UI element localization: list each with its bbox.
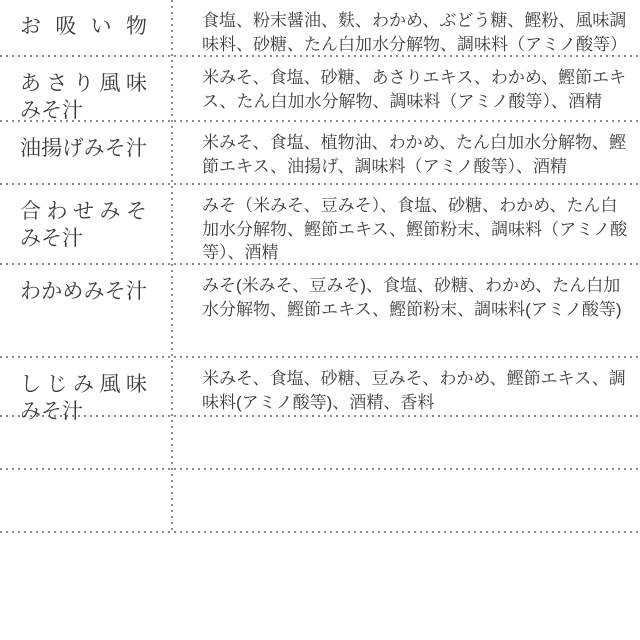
- product-ingredients-table: お吸い物食塩、粉末醤油、麩、わかめ、ぶどう糖、鰹粉、風味調味料、砂糖、たん白加水…: [0, 0, 640, 533]
- table-row: あさり風味みそ汁米みそ、食塩、砂糖、あさりエキス、わかめ、鰹節エキス、たん白加水…: [0, 57, 640, 120]
- table-row: 油揚げみそ汁米みそ、食塩、植物油、わかめ、たん白加水分解物、鰹節エキス、油揚げ、…: [0, 122, 640, 183]
- table-row: 合わせみそみそ汁みそ（米みそ、豆みそ）、食塩、砂糖、わかめ、たん白加水分解物、鰹…: [0, 185, 640, 263]
- ingredients-cell: みそ（米みそ、豆みそ）、食塩、砂糖、わかめ、たん白加水分解物、鰹節エキス、鰹節粉…: [172, 185, 640, 265]
- product-name-line: お吸い物: [20, 13, 147, 40]
- table-row: わかめみそ汁みそ(米みそ、豆みそ)、食塩、砂糖、わかめ、たん白加水分解物、鰹節エ…: [0, 265, 640, 356]
- table-row: [0, 417, 640, 468]
- product-name-line: しじみ風味: [20, 371, 147, 398]
- product-name-cell: [0, 417, 172, 430]
- table-row: [0, 470, 640, 531]
- product-name: お吸い物: [20, 13, 147, 40]
- table-row: お吸い物食塩、粉末醤油、麩、わかめ、ぶどう糖、鰹粉、風味調味料、砂糖、たん白加水…: [0, 0, 640, 55]
- product-name-cell: しじみ風味みそ汁: [0, 358, 172, 425]
- ingredients-cell: 米みそ、食塩、砂糖、豆みそ、わかめ、鰹節エキス、調味料(アミノ酸等)、酒精、香料: [172, 358, 640, 414]
- product-name-line: みそ汁: [20, 97, 147, 124]
- product-name-cell: あさり風味みそ汁: [0, 57, 172, 124]
- column-divider: [171, 0, 173, 533]
- product-name: 油揚げみそ汁: [20, 135, 147, 162]
- product-name-cell: わかめみそ汁: [0, 265, 172, 305]
- table-rows: お吸い物食塩、粉末醤油、麩、わかめ、ぶどう糖、鰹粉、風味調味料、砂糖、たん白加水…: [0, 0, 640, 533]
- ingredients-cell: [172, 417, 640, 426]
- product-name-cell: 合わせみそみそ汁: [0, 185, 172, 252]
- product-name-cell: [0, 470, 172, 483]
- product-name: あさり風味みそ汁: [20, 70, 147, 124]
- product-name-line: あさり風味: [20, 70, 147, 97]
- product-name-line: 合わせみそ: [20, 198, 147, 225]
- row-divider: [0, 531, 640, 533]
- ingredients-cell: みそ(米みそ、豆みそ)、食塩、砂糖、わかめ、たん白加水分解物、鰹節エキス、鰹節粉…: [172, 265, 640, 321]
- ingredients-cell: 食塩、粉末醤油、麩、わかめ、ぶどう糖、鰹粉、風味調味料、砂糖、たん白加水分解物、…: [172, 0, 640, 56]
- ingredients-cell: 米みそ、食塩、砂糖、あさりエキス、わかめ、鰹節エキス、たん白加水分解物、調味料（…: [172, 57, 640, 113]
- product-name-cell: お吸い物: [0, 0, 172, 40]
- product-name-line: 油揚げみそ汁: [20, 135, 147, 162]
- table-row: しじみ風味みそ汁米みそ、食塩、砂糖、豆みそ、わかめ、鰹節エキス、調味料(アミノ酸…: [0, 358, 640, 415]
- ingredients-cell: [172, 470, 640, 479]
- ingredients-page: お吸い物食塩、粉末醤油、麩、わかめ、ぶどう糖、鰹粉、風味調味料、砂糖、たん白加水…: [0, 0, 640, 640]
- ingredients-cell: 米みそ、食塩、植物油、わかめ、たん白加水分解物、鰹節エキス、油揚げ、調味料（アミ…: [172, 122, 640, 178]
- product-name: わかめみそ汁: [20, 278, 147, 305]
- product-name-line: わかめみそ汁: [20, 278, 147, 305]
- product-name: 合わせみそみそ汁: [20, 198, 147, 252]
- product-name-line: みそ汁: [20, 225, 147, 252]
- product-name-cell: 油揚げみそ汁: [0, 122, 172, 162]
